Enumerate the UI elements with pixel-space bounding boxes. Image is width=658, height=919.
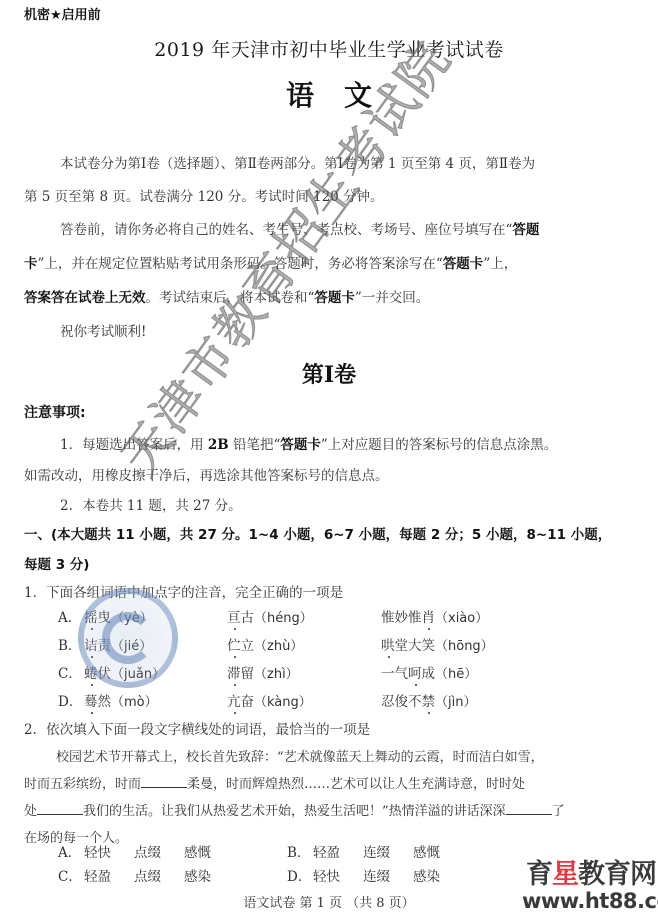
- q1-option-a-item-2: 亘古（héng）: [227, 606, 313, 626]
- text: 一气: [381, 666, 408, 682]
- dotted-char: 诘: [84, 638, 98, 654]
- word: 轻盈: [84, 865, 134, 885]
- q2-option-b: B．轻盈连缀感慨: [287, 841, 440, 861]
- part-heading-line2: 每题 3 分): [24, 553, 89, 573]
- pinyin: （xiào）: [435, 611, 488, 626]
- text: 。考试结束后，将本试卷和“: [146, 290, 315, 306]
- text: 立: [241, 638, 255, 654]
- q1-option-b-item-1: 诘责（jié）: [84, 634, 152, 654]
- pinyin: （yè）: [111, 611, 153, 626]
- q1-option-d: D．: [58, 690, 82, 710]
- text: 时而五彩缤纷，时而: [24, 777, 141, 792]
- pinyin: （héng）: [254, 611, 313, 626]
- intro-p1-line1: 本试卷分为第Ⅰ卷（选择题）、第Ⅱ卷两部分。第Ⅰ卷为第 1 页至第 4 页，第Ⅱ卷…: [60, 152, 535, 172]
- pinyin: （kàng）: [254, 695, 312, 710]
- logo-text: 育星教育网: [526, 852, 656, 891]
- q2-option-c: C．轻盈点缀感染: [58, 865, 211, 885]
- text: 责: [98, 638, 112, 654]
- logo-char: 教育网: [578, 859, 656, 890]
- q1-option-d-item-3: 忍俊不禁（jìn）: [381, 690, 476, 710]
- text: 然: [98, 694, 112, 710]
- dotted-char: 滞: [227, 666, 241, 682]
- q1-option-a-item-1: 摇曳（yè）: [84, 606, 153, 626]
- logo-char: 育: [526, 859, 552, 890]
- text: ”上，并在规定位置粘贴考试用条形码。答题时，务必将答案涂写在“: [38, 256, 443, 272]
- text: 了: [552, 804, 565, 819]
- q2-passage-line3: 处我们的生活。让我们从热爱艺术开始，热爱生活吧！”热情洋溢的讲话深深了: [24, 800, 565, 819]
- word: 连缀: [363, 841, 413, 861]
- section-title: 第Ⅰ卷: [0, 358, 658, 389]
- q1-option-c-item-1: 蜷伏（juǎn）: [84, 662, 165, 682]
- word: 感慨: [184, 845, 211, 861]
- word: 感慨: [413, 845, 440, 861]
- text: 铅笔把“: [229, 437, 281, 453]
- word: 点缀: [134, 865, 184, 885]
- text: 成: [422, 666, 436, 682]
- pinyin: （jié）: [111, 639, 152, 654]
- q1-option-d-item-2: 亢奋（kàng）: [227, 690, 312, 710]
- note-2: 2．本卷共 11 题，共 27 分。: [60, 494, 242, 514]
- word: 感染: [184, 869, 211, 885]
- pinyin: （juǎn）: [111, 667, 165, 682]
- part-heading-line1: 一、(本大题共 11 小题，共 27 分。1~4 小题，6~7 小题，每题 2 …: [24, 523, 611, 543]
- intro-p1-line2: 第 5 页至第 8 页。试卷满分 120 分。考试时间 120 分钟。: [24, 185, 384, 205]
- pinyin: （jìn）: [435, 695, 476, 710]
- emphasis: 答题卡: [280, 437, 321, 453]
- q2-option-d: D．轻快连缀感染: [287, 865, 440, 885]
- note-1-line2: 如需改动，用橡皮擦干净后，再选涂其他答案标号的信息点。: [24, 464, 389, 484]
- dotted-char: 肖: [422, 610, 436, 626]
- word: 点缀: [134, 841, 184, 861]
- q2-option-a: A．轻快点缀感慨: [58, 841, 211, 861]
- emphasis: 答题卡: [443, 256, 484, 272]
- exam-title: 2019 年天津市初中毕业生学业考试试卷: [0, 35, 658, 62]
- text: 忍俊不: [381, 694, 422, 710]
- logo-char-red: 星: [552, 859, 578, 890]
- text: 伏: [98, 666, 112, 682]
- site-logo: 育星教育网 www.ht88.com: [520, 852, 658, 919]
- answer-blank-1: [141, 775, 187, 788]
- q2-passage-line2: 时而五彩缤纷，时而柔曼，时而辉煌热烈……艺术可以让人生充满诗意，时时处: [24, 773, 525, 792]
- pinyin: （mò）: [111, 695, 158, 710]
- emphasis: 答题卡: [314, 290, 355, 306]
- pinyin: （hē）: [435, 667, 477, 682]
- text: 堂大笑: [395, 638, 436, 654]
- option-label: D．: [287, 865, 313, 885]
- dotted-char: 亘: [227, 610, 241, 626]
- word: 轻快: [84, 841, 134, 861]
- text: ”上，: [483, 256, 517, 272]
- logo-url: www.ht88.com: [522, 889, 658, 913]
- exam-page: 机密★启用前 2019 年天津市初中毕业生学业考试试卷 语文 本试卷分为第Ⅰ卷（…: [0, 0, 658, 919]
- emphasis: 2B: [208, 437, 229, 453]
- q1-option-c-item-3: 一气呵成（hē）: [381, 662, 477, 682]
- emphasis: 答案答在试卷上无效: [24, 290, 146, 306]
- text: ”上对应题目的答案标号的信息点涂黑。: [321, 437, 557, 453]
- intro-wish: 祝你考试顺利!: [60, 320, 146, 340]
- option-label: C．: [58, 666, 82, 682]
- q1-option-a-item-3: 惟妙惟肖（xiào）: [381, 606, 488, 626]
- q1-option-b: B．: [58, 634, 81, 654]
- confidential-label: 机密★启用前: [24, 4, 101, 23]
- question-2-stem: 2．依次填入下面一段文字横线处的词语，最恰当的一项是: [24, 718, 370, 738]
- notes-title: 注意事项:: [24, 402, 86, 422]
- text: 我们的生活。让我们从热爱艺术开始，热爱生活吧！”热情洋溢的讲话深深: [83, 804, 506, 819]
- text: 处: [24, 804, 37, 819]
- text: 惟妙惟: [381, 610, 422, 626]
- answer-blank-2: [37, 802, 83, 815]
- subject-title: 语文: [0, 74, 658, 114]
- dotted-char: 伫: [227, 638, 241, 654]
- text: 1．每题选出答案后，用: [60, 437, 208, 453]
- text: 留: [241, 666, 255, 682]
- q1-option-b-item-3: 哄堂大笑（hōng）: [381, 634, 494, 654]
- text: 奋: [241, 694, 255, 710]
- word: 感染: [413, 869, 440, 885]
- pinyin: （zhì）: [254, 667, 299, 682]
- emphasis: 卡: [24, 256, 38, 272]
- option-label: A．: [58, 841, 84, 861]
- word: 连缀: [363, 865, 413, 885]
- dotted-char: 哄: [381, 638, 395, 654]
- text: 柔曼，时而辉煌热烈……艺术可以让人生充满诗意，时时处: [187, 777, 525, 792]
- dotted-char: 呵: [408, 666, 422, 682]
- dotted-char: 禁: [422, 694, 436, 710]
- intro-p2-line1: 答卷前，请你务必将自己的姓名、考生号、考点校、考场号、座位号填写在“答题: [60, 218, 539, 238]
- dotted-char: 摇: [84, 610, 98, 626]
- intro-p2-line2: 卡”上，并在规定位置粘贴考试用条形码。答题时，务必将答案涂写在“答题卡”上，: [24, 252, 517, 272]
- pinyin: （hōng）: [435, 639, 494, 654]
- dotted-char: 蜷: [84, 666, 98, 682]
- answer-blank-3: [506, 802, 552, 815]
- dotted-char: 蓦: [84, 694, 98, 710]
- text: 曳: [98, 610, 112, 626]
- q2-passage-line1: 校园艺术节开幕式上，校长首先致辞：“艺术就像蓝天上舞动的云霞，时而洁白如雪，: [56, 746, 544, 765]
- word: 轻快: [313, 865, 363, 885]
- option-label: A．: [58, 610, 81, 626]
- option-label: C．: [58, 865, 84, 885]
- note-1-line1: 1．每题选出答案后，用 2B 铅笔把“答题卡”上对应题目的答案标号的信息点涂黑。: [60, 433, 557, 453]
- option-label: B．: [58, 638, 81, 654]
- question-1-stem: 1．下面各组词语中加点字的注音，完全正确的一项是: [24, 581, 343, 601]
- intro-p2-line3: 答案答在试卷上无效。考试结束后，将本试卷和“答题卡”一并交回。: [24, 286, 429, 306]
- dotted-char: 亢: [227, 694, 241, 710]
- text: 答卷前，请你务必将自己的姓名、考生号、考点校、考场号、座位号填写在“: [60, 222, 512, 238]
- q1-option-a: A．: [58, 606, 81, 626]
- q1-option-c: C．: [58, 662, 82, 682]
- text: 古: [241, 610, 255, 626]
- word: 轻盈: [313, 841, 363, 861]
- q1-option-b-item-2: 伫立（zhù）: [227, 634, 303, 654]
- pinyin: （zhù）: [254, 639, 303, 654]
- text: ”一并交回。: [355, 290, 429, 306]
- q1-option-c-item-2: 滞留（zhì）: [227, 662, 299, 682]
- option-label: B．: [287, 841, 313, 861]
- emphasis: 答题: [512, 222, 539, 238]
- option-label: D．: [58, 694, 82, 710]
- q1-option-d-item-1: 蓦然（mò）: [84, 690, 158, 710]
